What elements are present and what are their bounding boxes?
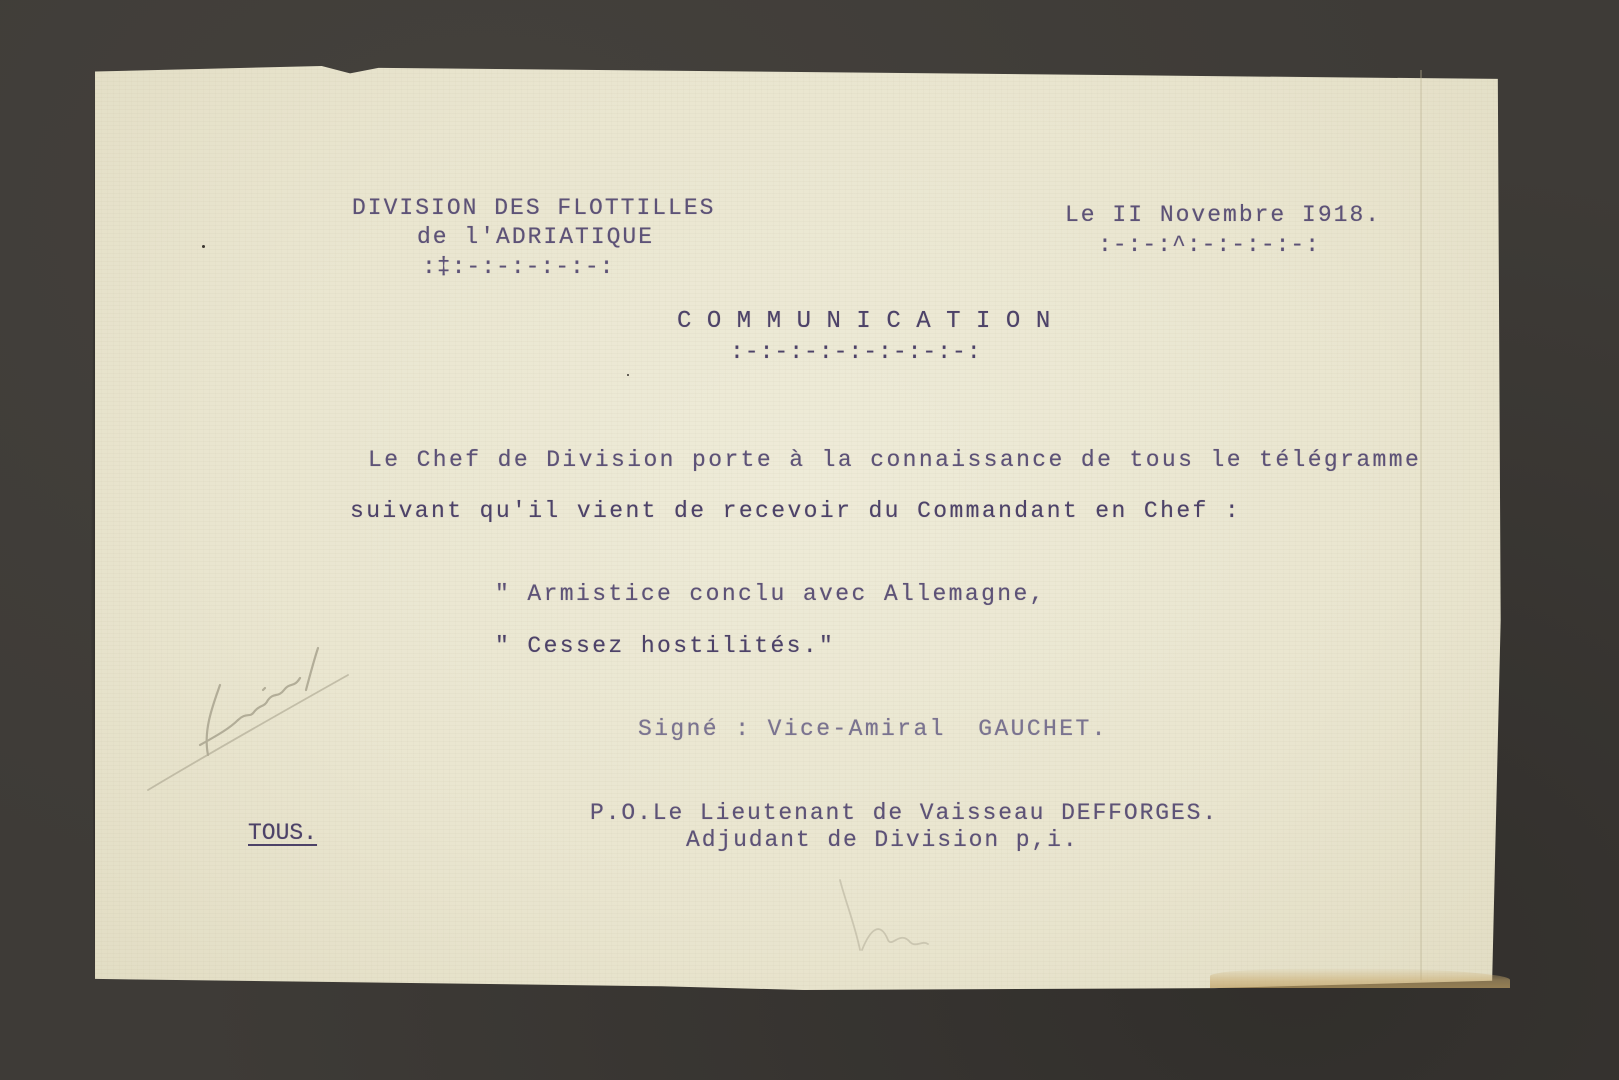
document-title: COMMUNICATION [677,308,1066,335]
telegram-line-1: " Armistice conclu avec Allemagne, [495,581,1046,607]
body-text-line-2: suivant qu'il vient de recevoir du Comma… [350,498,1241,524]
recipient-label: TOUS. [248,820,317,846]
header-separator: :‡:-:-:-:-:-: [422,254,614,280]
per-order-line-1: P.O.Le Lieutenant de Vaisseau DEFFORGES. [590,800,1218,826]
body-text-line-1: Le Chef de Division porte à la connaissa… [368,447,1421,473]
organization-subtitle: de l'ADRIATIQUE [417,224,654,250]
faint-pencil-mark-icon [800,870,940,960]
date-separator: :-:-:^:-:-:-:-: [1098,232,1320,258]
paper-fold-line [1420,70,1422,980]
organization-name: DIVISION DES FLOTTILLES [352,195,715,221]
speck [627,374,629,376]
per-order-line-2: Adjudant de Division p,i. [686,827,1079,853]
handwritten-annotation-icon [138,620,368,800]
title-separator: :-:-:-:-:-:-:-:-: [730,339,982,365]
signatory-line: Signé : Vice-Amiral GAUCHET. [638,716,1108,742]
speck [202,245,205,248]
telegram-line-2: " Cessez hostilités." [495,633,835,659]
document-date: Le II Novembre I918. [1065,202,1381,228]
